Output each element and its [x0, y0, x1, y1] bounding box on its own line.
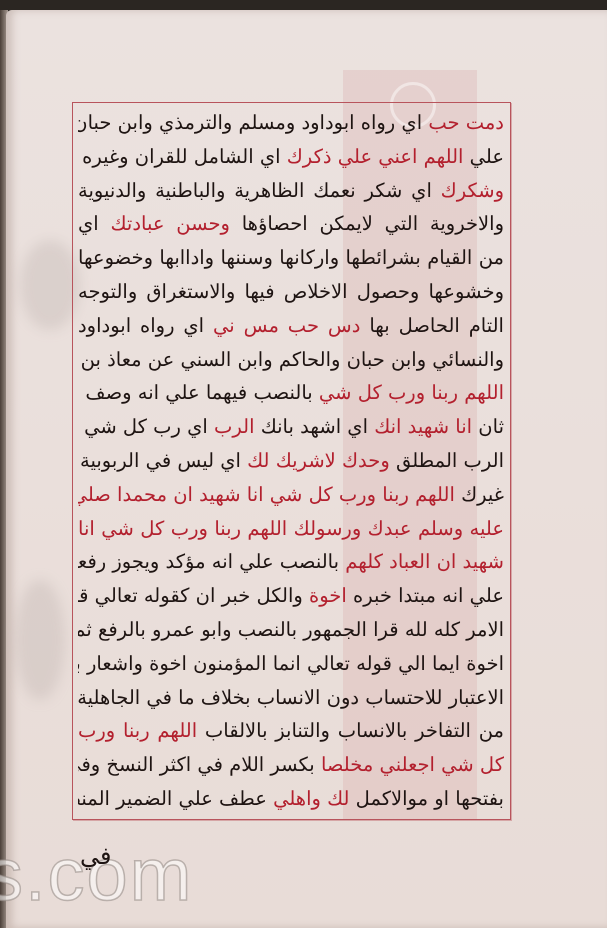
body-text: التام الحاصل بها [360, 314, 504, 337]
body-text: اي شكر نعمك الظاهرية والباطنية والدنيوية [78, 179, 441, 202]
body-text: بالنصب فيهما علي انه وصف او مناد [78, 381, 319, 404]
text-line: الاعتبار للاحتساب دون الانساب بخلاف ما ف… [78, 683, 504, 713]
body-text: علي انه مبتدا خبره [347, 584, 504, 607]
paper-stain [20, 240, 80, 330]
text-line: اخوة ايما الي قوله تعالي انما المؤمنون ا… [78, 649, 504, 679]
text-line: ثان انا شهيد انك اي اشهد بانك الرب اي رب… [78, 412, 504, 442]
body-text: اخوة ايما الي قوله تعالي انما المؤمنون ا… [78, 652, 504, 675]
text-line: عليه وسلم عبدك ورسولك اللهم ربنا ورب كل … [78, 514, 504, 544]
rubric-text: اللهم ربنا ورب كل شي انا شهيد ان محمدا ص… [78, 483, 455, 506]
rubric-text: الرب [214, 415, 254, 438]
body-text: والكل خبر ان كقوله تعالي قل ان [78, 584, 309, 607]
rubric-text: وحدك لاشريك لك [247, 449, 390, 472]
paper-stain [15, 580, 65, 700]
rubric-text: اخوة [309, 584, 347, 607]
body-text: غيرك [455, 483, 504, 506]
manuscript-text-block: دمت حب اي رواه ابوداود ومسلم والترمذي وا… [78, 108, 504, 814]
body-text: والاخروية التي لايمكن احصاؤها [230, 212, 504, 235]
rubric-text: عليه وسلم عبدك ورسولك اللهم ربنا ورب كل … [78, 517, 504, 540]
rubric-text: لك واهلي [273, 787, 349, 810]
rubric-text: شهيد ان العباد كلهم [345, 550, 504, 573]
body-text: الامر كله لله قرا الجمهور بالنصب وابو عم… [78, 618, 504, 641]
body-text: اي رب كل شي او [78, 415, 214, 438]
text-line: والاخروية التي لايمكن احصاؤها وحسن عبادت… [78, 209, 504, 239]
text-line: التام الحاصل بها دس حب مس ني اي رواه ابو… [78, 311, 504, 341]
text-line: الرب المطلق وحدك لاشريك لك اي ليس في الر… [78, 446, 504, 476]
rubric-text: اللهم ربنا ورب [78, 719, 197, 742]
body-text: ثان [472, 415, 504, 438]
body-text: اي رواه ابوداود [78, 314, 213, 337]
rubric-text: وحسن عبادتك [110, 212, 230, 235]
text-line: من القيام بشرائطها واركانها وسننها واداا… [78, 243, 504, 273]
body-text: اي الشامل للقران وغيره من الاذكار [78, 145, 287, 168]
body-text: علي [463, 145, 504, 168]
text-line: غيرك اللهم ربنا ورب كل شي انا شهيد ان مح… [78, 480, 504, 510]
body-text: اي اشهد بانك [255, 415, 375, 438]
rubric-text: دس حب مس ني [213, 314, 360, 337]
body-text: عطف علي الضمير المنصوب [78, 787, 273, 810]
rubric-text: اللهم اعني علي ذكرك [287, 145, 464, 168]
body-text: الاعتبار للاحتساب دون الانساب بخلاف ما ف… [78, 686, 504, 709]
body-text: والنسائي وابن حبان والحاكم وابن السني عن… [78, 348, 504, 371]
text-line: وخشوعها وحصول الاخلاص فيها والاستغراق وا… [78, 277, 504, 307]
text-line: علي اللهم اعني علي ذكرك اي الشامل للقران… [78, 142, 504, 172]
body-text: بالنصب علي انه مؤكد ويجوز رفعه [78, 550, 345, 573]
rubric-text: اللهم ربنا ورب كل شي [319, 381, 504, 404]
text-line: الامر كله لله قرا الجمهور بالنصب وابو عم… [78, 615, 504, 645]
rubric-text: وشكرك [441, 179, 504, 202]
body-text: بفتحها او موالاكمل [349, 787, 504, 810]
catchword: في [80, 842, 111, 870]
body-text: من القيام بشرائطها واركانها وسننها واداا… [78, 246, 504, 269]
rubric-text: كل شي اجعلني مخلصا [321, 753, 504, 776]
text-line: علي انه مبتدا خبره اخوة والكل خبر ان كقو… [78, 581, 504, 611]
text-line: شهيد ان العباد كلهم بالنصب علي انه مؤكد … [78, 547, 504, 577]
body-text: الرب المطلق [390, 449, 504, 472]
body-text: بكسر اللام في اكثر النسخ وفي نسخة [78, 753, 321, 776]
text-line: اللهم ربنا ورب كل شي بالنصب فيهما علي ان… [78, 378, 504, 408]
text-line: بفتحها او موالاكمل لك واهلي عطف علي الضم… [78, 784, 504, 814]
rubric-text: دمت حب [428, 111, 504, 134]
text-line: دمت حب اي رواه ابوداود ومسلم والترمذي وا… [78, 108, 504, 138]
body-text: اي رواه ابوداود ومسلم والترمذي وابن حبان… [78, 111, 428, 134]
body-text: من التفاخر بالانساب والتنابز بالالقاب [197, 719, 504, 742]
body-text: وخشوعها وحصول الاخلاص فيها والاستغراق وا… [78, 280, 504, 303]
body-text: اي ليس في الربوبية احد [78, 449, 247, 472]
text-line: وشكرك اي شكر نعمك الظاهرية والباطنية وال… [78, 176, 504, 206]
text-line: والنسائي وابن حبان والحاكم وابن السني عن… [78, 345, 504, 375]
body-text: اي [78, 212, 110, 235]
text-line: من التفاخر بالانساب والتنابز بالالقاب ال… [78, 716, 504, 746]
rubric-text: انا شهيد انك [374, 415, 472, 438]
text-line: كل شي اجعلني مخلصا بكسر اللام في اكثر ال… [78, 750, 504, 780]
